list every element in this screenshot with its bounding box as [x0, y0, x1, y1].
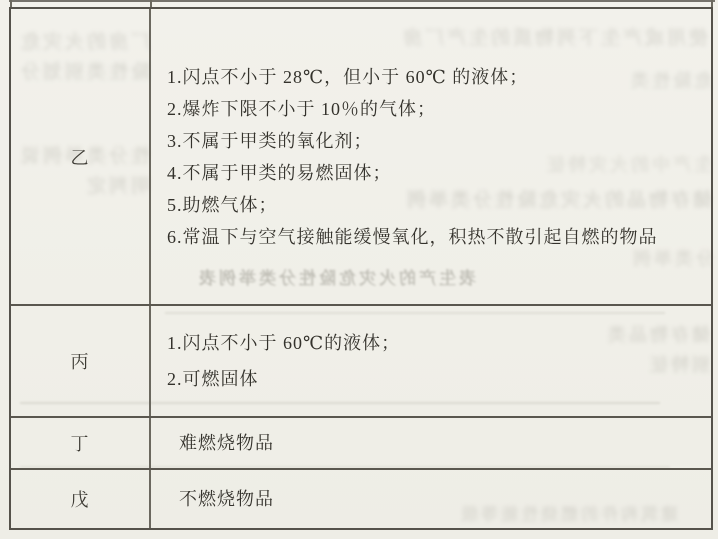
table-row-bing: 丙 1.闪点不小于 60℃的液体； 2.可燃固体 [11, 306, 711, 418]
table-cell-text: 1.闪点不小于 60℃的液体； [167, 325, 711, 361]
table-row-yi: 乙 1.闪点不小于 28℃，但小于 60℃ 的液体； 2.爆炸下限不小于 10％… [11, 9, 711, 306]
category-cell: 乙 [11, 9, 151, 304]
table-cell-text: 不燃烧物品 [167, 488, 711, 510]
table-cell-text: 2.可燃固体 [167, 361, 711, 397]
table-cell-text: 4.不属于甲类的易燃固体； [167, 157, 711, 189]
table-cell-text: 难燃烧物品 [167, 432, 711, 454]
table-row-ding: 丁 难燃烧物品 [11, 418, 711, 470]
category-cell: 丙 [11, 306, 151, 416]
content-cell: 1.闪点不小于 28℃，但小于 60℃ 的液体； 2.爆炸下限不小于 10％的气… [151, 9, 711, 304]
content-cell: 1.闪点不小于 60℃的液体； 2.可燃固体 [151, 306, 711, 416]
table-cell-text: 6.常温下与空气接触能缓慢氧化，积热不散引起自燃的物品 [167, 221, 711, 253]
table-cell-text: 3.不属于甲类的氧化剂； [167, 125, 711, 157]
classification-table: 乙 1.闪点不小于 28℃，但小于 60℃ 的液体； 2.爆炸下限不小于 10％… [9, 7, 713, 530]
previous-row-bottom-border [9, 0, 715, 2]
table-row-wu: 戊 不燃烧物品 [11, 470, 711, 528]
content-cell: 不燃烧物品 [151, 470, 711, 528]
table-cell-text: 1.闪点不小于 28℃，但小于 60℃ 的液体； [167, 61, 711, 93]
table-cell-text: 5.助燃气体； [167, 189, 711, 221]
content-cell: 难燃烧物品 [151, 418, 711, 468]
category-cell: 戊 [11, 470, 151, 528]
scanned-page: { "page": { "paper_color": "#f1f0e9", "i… [0, 0, 718, 539]
category-cell: 丁 [11, 418, 151, 468]
table-cell-text: 2.爆炸下限不小于 10％的气体； [167, 93, 711, 125]
